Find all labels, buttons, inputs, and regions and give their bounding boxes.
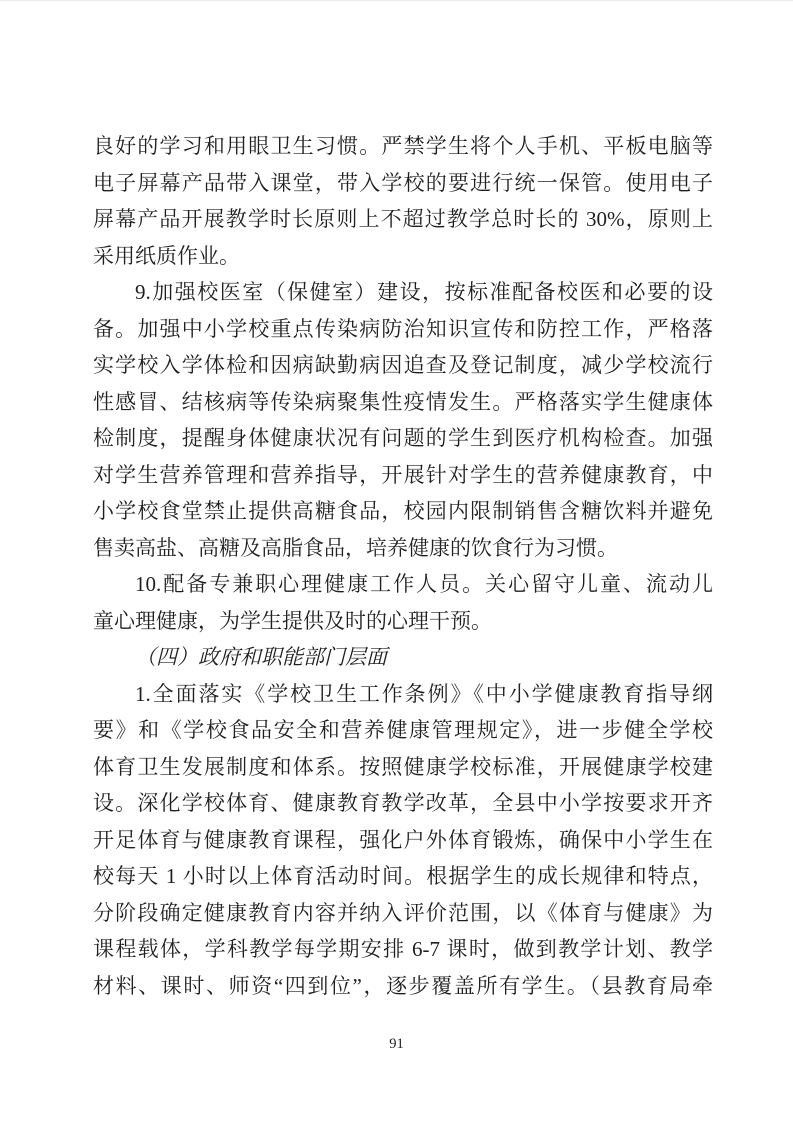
text-line: 课程载体，学科教学每学期安排 6-7 课时，做到教学计划、教学 bbox=[93, 931, 713, 968]
text-line: 采用纸质作业。 bbox=[93, 238, 713, 275]
text-line: 校每天 1 小时以上体育活动时间。根据学生的成长规律和特点， bbox=[93, 858, 713, 895]
text-line: 9.加强校医室（保健室）建设，按标准配备校医和必要的设 bbox=[93, 274, 713, 311]
document-page: 良好的学习和用眼卫生习惯。严禁学生将个人手机、平板电脑等电子屏幕产品带入课堂，带… bbox=[0, 0, 793, 1122]
text-line: 分阶段确定健康教育内容并纳入评价范围，以《体育与健康》为 bbox=[93, 895, 713, 932]
paragraph: 10.配备专兼职心理健康工作人员。关心留守儿童、流动儿童心理健康，为学生提供及时… bbox=[93, 566, 713, 639]
text-line: 备。加强中小学校重点传染病防治知识宣传和防控工作，严格落 bbox=[93, 311, 713, 348]
text-line: 实学校入学体检和因病缺勤病因追查及登记制度，减少学校流行 bbox=[93, 347, 713, 384]
text-line: 性感冒、结核病等传染病聚集性疫情发生。严格落实学生健康体 bbox=[93, 384, 713, 421]
text-line: 屏幕产品开展教学时长原则上不超过教学总时长的 30%，原则上 bbox=[93, 201, 713, 238]
paragraph: 9.加强校医室（保健室）建设，按标准配备校医和必要的设备。加强中小学校重点传染病… bbox=[93, 274, 713, 566]
text-line: 材料、课时、师资“四到位”，逐步覆盖所有学生。（县教育局牵 bbox=[93, 968, 713, 1005]
text-line: 开足体育与健康教育课程，强化户外体育锻炼，确保中小学生在 bbox=[93, 822, 713, 859]
text-line: 检制度，提醒身体健康状况有问题的学生到医疗机构检查。加强 bbox=[93, 420, 713, 457]
section-heading: （四）政府和职能部门层面 bbox=[93, 639, 713, 676]
text-line: 设。深化学校体育、健康教育教学改革，全县中小学按要求开齐 bbox=[93, 785, 713, 822]
text-line: 电子屏幕产品带入课堂，带入学校的要进行统一保管。使用电子 bbox=[93, 165, 713, 202]
page-number: 91 bbox=[0, 1034, 793, 1054]
text-line: 售卖高盐、高糖及高脂食品，培养健康的饮食行为习惯。 bbox=[93, 530, 713, 567]
paragraph: 良好的学习和用眼卫生习惯。严禁学生将个人手机、平板电脑等电子屏幕产品带入课堂，带… bbox=[93, 128, 713, 274]
text-line: 良好的学习和用眼卫生习惯。严禁学生将个人手机、平板电脑等 bbox=[93, 128, 713, 165]
paragraph: 1.全面落实《学校卫生工作条例》《中小学健康教育指导纲要》和《学校食品安全和营养… bbox=[93, 676, 713, 1005]
text-line: （四）政府和职能部门层面 bbox=[93, 639, 713, 676]
text-line: 1.全面落实《学校卫生工作条例》《中小学健康教育指导纲 bbox=[93, 676, 713, 713]
text-line: 对学生营养管理和营养指导，开展针对学生的营养健康教育，中 bbox=[93, 457, 713, 494]
text-line: 童心理健康，为学生提供及时的心理干预。 bbox=[93, 603, 713, 640]
text-line: 体育卫生发展制度和体系。按照健康学校标准，开展健康学校建 bbox=[93, 749, 713, 786]
text-line: 要》和《学校食品安全和营养健康管理规定》，进一步健全学校 bbox=[93, 712, 713, 749]
text-line: 小学校食堂禁止提供高糖食品，校园内限制销售含糖饮料并避免 bbox=[93, 493, 713, 530]
document-body: 良好的学习和用眼卫生习惯。严禁学生将个人手机、平板电脑等电子屏幕产品带入课堂，带… bbox=[93, 128, 713, 1004]
text-line: 10.配备专兼职心理健康工作人员。关心留守儿童、流动儿 bbox=[93, 566, 713, 603]
